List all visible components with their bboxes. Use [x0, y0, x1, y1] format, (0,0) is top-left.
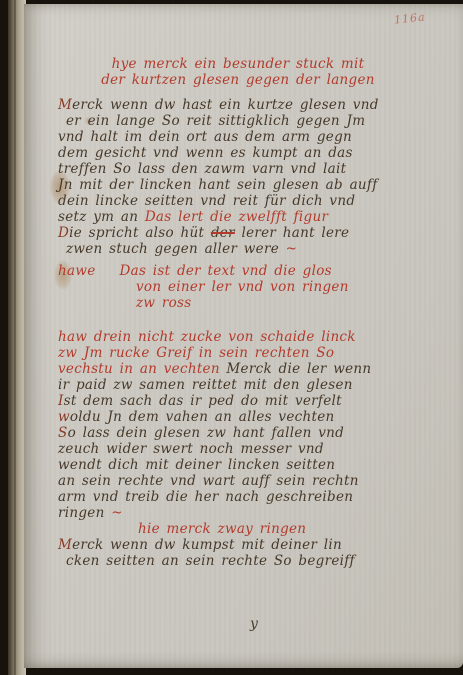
rubric-text: hawe — [58, 263, 96, 279]
manuscript-line: ir paid zw samen reittet mit den glesen — [58, 377, 418, 393]
manuscript-line: setz ym an Das lert die zwelfft figur — [58, 209, 418, 225]
manuscript-line: zwen stuch gegen aller were ~ — [58, 241, 418, 257]
manuscript-line: haw drein nicht zucke von schaide linck — [58, 329, 418, 345]
manuscript-line: dem gesicht vnd wenn es kumpt an das — [58, 145, 418, 161]
ink-text: Merck wenn dw hast ein kurtze glesen vnd — [58, 97, 379, 113]
manuscript-line: zw Jm rucke Greif in sein rechten So — [58, 345, 418, 361]
ink-text: zeuch wider swert noch messer vnd — [58, 441, 324, 457]
manuscript-line: an sein rechte vnd wart auff sein rechtn — [58, 473, 418, 489]
manuscript-line: ringen ~ — [58, 505, 418, 521]
rubric-text: haw drein nicht zucke von schaide linck — [58, 329, 356, 345]
manuscript-line: haweDas ist der text vnd die glos — [58, 263, 418, 279]
ink-text: zwen stuch gegen aller were — [66, 241, 286, 257]
rubric-text: zw ross — [136, 295, 192, 311]
ink-text: der — [211, 225, 235, 241]
rubric-text: vechstu in an vechten — [58, 361, 226, 377]
manuscript-line: vechstu in an vechten Merck die ler wenn — [58, 361, 418, 377]
ink-text: vnd halt im dein ort aus dem arm gegn — [58, 129, 352, 145]
ink-text: ir paid zw samen reittet mit den glesen — [58, 377, 353, 393]
manuscript-line: dein lincke seitten vnd reit für dich vn… — [58, 193, 418, 209]
manuscript-line: er ein lange So reit sittigklich gegen J… — [58, 113, 418, 129]
rubric-text: von einer ler vnd von ringen — [136, 279, 349, 295]
ink-text: lerer hant lere — [235, 225, 350, 241]
manuscript-line: arm vnd treib die her nach geschreiben — [58, 489, 418, 505]
manuscript-line: woldu Jn dem vahen an alles vechten — [58, 409, 418, 425]
quire-mark: y — [250, 616, 258, 632]
manuscript-line: So lass dein glesen zw hant fallen vnd — [58, 425, 418, 441]
ink-text: wendt dich mit deiner lincken seitten — [58, 457, 335, 473]
manuscript-line: zeuch wider swert noch messer vnd — [58, 441, 418, 457]
ink-text: Merck wenn dw kumpst mit deiner lin — [58, 537, 342, 553]
manuscript-line: Merck wenn dw kumpst mit deiner lin — [58, 537, 418, 553]
manuscript-line: Ist dem sach das ir ped do mit verfelt — [58, 393, 418, 409]
manuscript-line: zw ross — [58, 295, 418, 311]
rubric-text: zw Jm rucke Greif in sein rechten So — [58, 345, 334, 361]
manuscript-line: hie merck zway ringen — [58, 521, 418, 537]
rubric-text: hie merck zway ringen — [138, 521, 306, 537]
rubric-text: hye merck ein besunder stuck mit — [112, 56, 365, 72]
ink-text: dem gesicht vnd wenn es kumpt an das — [58, 145, 353, 161]
ink-text: woldu Jn dem vahen an alles vechten — [58, 409, 335, 425]
rubric-text: Das lert die zwelfft figur — [145, 209, 328, 225]
manuscript-line: cken seitten an sein rechte So begreiff — [58, 553, 418, 569]
manuscript-line: Merck wenn dw hast ein kurtze glesen vnd — [58, 97, 418, 113]
ink-text: So lass dein glesen zw hant fallen vnd — [58, 425, 344, 441]
ink-text: ringen — [58, 505, 111, 521]
manuscript-line: Die spricht also hüt der lerer hant lere — [58, 225, 418, 241]
rubric-text: ~ — [286, 241, 298, 257]
manuscript-line: vnd halt im dein ort aus dem arm gegn — [58, 129, 418, 145]
ink-text: cken seitten an sein rechte So begreiff — [66, 553, 355, 569]
manuscript-line: hye merck ein besunder stuck mit — [58, 56, 418, 72]
ink-text: dein lincke seitten vnd reit für dich vn… — [58, 193, 355, 209]
ink-text: Ist dem sach das ir ped do mit verfelt — [58, 393, 342, 409]
ink-text: Die spricht also hüt — [58, 225, 211, 241]
text-block: hye merck ein besunder stuck mitder kurt… — [58, 56, 418, 569]
ink-text: setz ym an — [58, 209, 145, 225]
rubric-text: ~ — [111, 505, 123, 521]
manuscript-line: wendt dich mit deiner lincken seitten — [58, 457, 418, 473]
rubric-text: der kurtzen glesen gegen der langen — [101, 72, 375, 88]
manuscript-line: Jn mit der lincken hant sein glesen ab a… — [58, 177, 418, 193]
ink-text: er ein lange So reit sittigklich gegen J… — [66, 113, 365, 129]
ink-text: an sein rechte vnd wart auff sein rechtn — [58, 473, 359, 489]
manuscript-line: treffen So lass den zawm varn vnd lait — [58, 161, 418, 177]
manuscript-photo: 116a hye merck ein besunder stuck mitder… — [0, 0, 463, 675]
rubric-text: Das ist der text vnd die glos — [120, 263, 332, 279]
ink-text: treffen So lass den zawm varn vnd lait — [58, 161, 346, 177]
ink-text: Merck die ler wenn — [226, 361, 371, 377]
manuscript-line: von einer ler vnd von ringen — [58, 279, 418, 295]
ink-text: arm vnd treib die her nach geschreiben — [58, 489, 353, 505]
manuscript-line: der kurtzen glesen gegen der langen — [58, 72, 418, 88]
ink-text: Jn mit der lincken hant sein glesen ab a… — [58, 177, 378, 193]
